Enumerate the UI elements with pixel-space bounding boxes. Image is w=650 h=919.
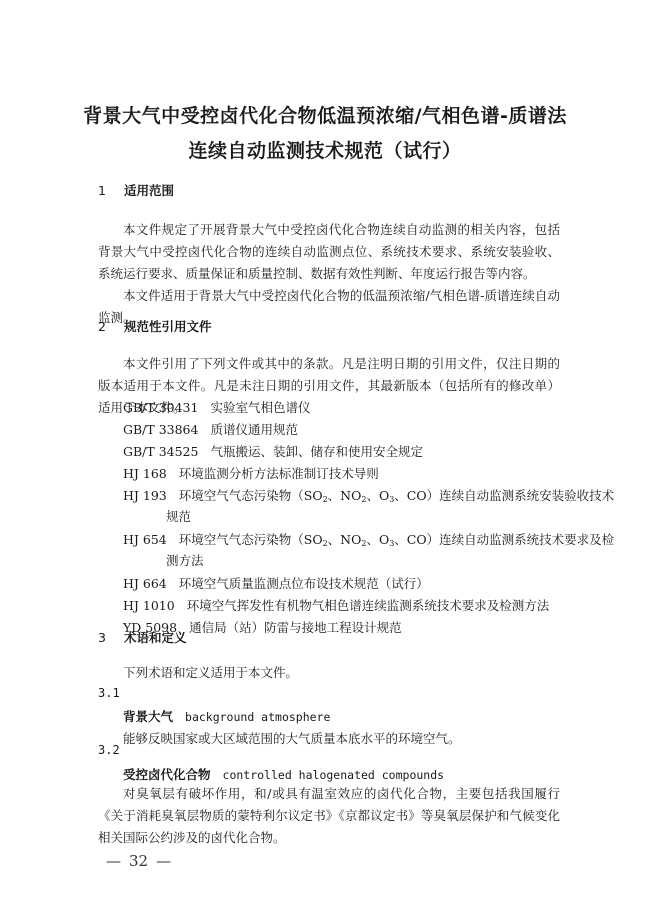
- clause-number: 3.1: [98, 686, 120, 700]
- reference-code: HJ 1010: [123, 595, 175, 617]
- section-title: 适用范围: [124, 183, 174, 198]
- term-chinese: 受控卤代化合物: [123, 767, 211, 782]
- term-entry: 受控卤代化合物controlled halogenated compounds: [123, 765, 444, 783]
- reference-title-continuation: 规范: [166, 507, 191, 525]
- reference-code: GB/T 30431: [123, 397, 198, 419]
- reference-title-part: 、NO: [328, 532, 362, 547]
- reference-title: 实验室气相色谱仪: [210, 400, 310, 415]
- reference-item: HJ 664环境空气质量监测点位布设技术规范（试行）: [123, 573, 429, 595]
- document-page: 背景大气中受控卤代化合物低温预浓缩/气相色谱-质谱法 连续自动监测技术规范（试行…: [0, 0, 650, 919]
- reference-item: HJ 168环境监测分析方法标准制订技术导则: [123, 463, 379, 485]
- reference-title-part: 、O: [366, 532, 389, 547]
- section-number: 2: [98, 319, 124, 334]
- reference-title-part: 、CO）连续自动监测系统安装验收技术: [394, 488, 614, 503]
- section-1-paragraph-1: 本文件规定了开展背景大气中受控卤代化合物连续自动监测的相关内容，包括背景大气中受…: [98, 219, 560, 285]
- reference-code: HJ 193: [123, 485, 167, 507]
- section-3-intro: 下列术语和定义适用于本文件。: [123, 663, 298, 681]
- section-1-heading: 1适用范围: [98, 181, 174, 199]
- reference-item: GB/T 33864质谱仪通用规范: [123, 419, 298, 441]
- section-number: 3: [98, 630, 124, 645]
- reference-code: GB/T 33864: [123, 419, 198, 441]
- term-chinese: 背景大气: [123, 709, 173, 724]
- document-title-line1: 背景大气中受控卤代化合物低温预浓缩/气相色谱-质谱法: [0, 101, 650, 128]
- reference-title: 通信局（站）防雷与接地工程设计规范: [189, 620, 402, 635]
- page-number: 32: [129, 852, 148, 870]
- reference-title: 气瓶搬运、装卸、储存和使用安全规定: [210, 444, 423, 459]
- reference-code: HJ 654: [123, 529, 167, 551]
- term-definition: 对臭氧层有破坏作用，和/或具有温室效应的卤代化合物，主要包括我国履行《关于消耗臭…: [98, 783, 560, 849]
- reference-title: 环境监测分析方法标准制订技术导则: [179, 466, 379, 481]
- section-title: 规范性引用文件: [124, 319, 212, 334]
- section-2-heading: 2规范性引用文件: [98, 317, 212, 335]
- reference-code: HJ 664: [123, 573, 167, 595]
- reference-title: 环境空气挥发性有机物气相色谱连续监测系统技术要求及检测方法: [187, 598, 550, 613]
- footer-dash-right: —: [156, 852, 171, 870]
- section-3-heading-text: 3术语和定义: [98, 628, 187, 646]
- reference-title: 环境空气质量监测点位布设技术规范（试行）: [179, 576, 429, 591]
- reference-title-part: 环境空气气态污染物（SO: [179, 488, 323, 503]
- reference-title-part: 、O: [366, 488, 389, 503]
- term-english: controlled halogenated compounds: [223, 768, 445, 782]
- reference-item: GB/T 34525气瓶搬运、装卸、储存和使用安全规定: [123, 441, 423, 463]
- reference-title-continuation: 测方法: [166, 551, 204, 569]
- clause-number: 3.2: [98, 743, 120, 757]
- term-english: background atmosphere: [185, 710, 330, 724]
- page-footer: —32—: [98, 852, 179, 870]
- section-title: 术语和定义: [124, 630, 187, 645]
- reference-item: GB/T 30431实验室气相色谱仪: [123, 397, 310, 419]
- footer-dash-left: —: [106, 852, 121, 870]
- document-title-line2: 连续自动监测技术规范（试行）: [0, 136, 650, 163]
- term-entry: 背景大气background atmosphere: [123, 707, 330, 725]
- reference-title-part: 环境空气气态污染物（SO: [179, 532, 323, 547]
- reference-title-part: 、NO: [328, 488, 362, 503]
- term-definition: 能够反映国家或大区域范围的大气质量本底水平的环境空气。: [123, 729, 461, 747]
- reference-item: HJ 193环境空气气态污染物（SO2、NO2、O3、CO）连续自动监测系统安装…: [123, 485, 614, 511]
- reference-code: GB/T 34525: [123, 441, 198, 463]
- reference-title-part: 、CO）连续自动监测系统技术要求及检: [394, 532, 614, 547]
- reference-title: 质谱仪通用规范: [210, 422, 298, 437]
- section-number: 1: [98, 183, 124, 198]
- reference-item: HJ 1010环境空气挥发性有机物气相色谱连续监测系统技术要求及检测方法: [123, 595, 549, 617]
- reference-code: HJ 168: [123, 463, 167, 485]
